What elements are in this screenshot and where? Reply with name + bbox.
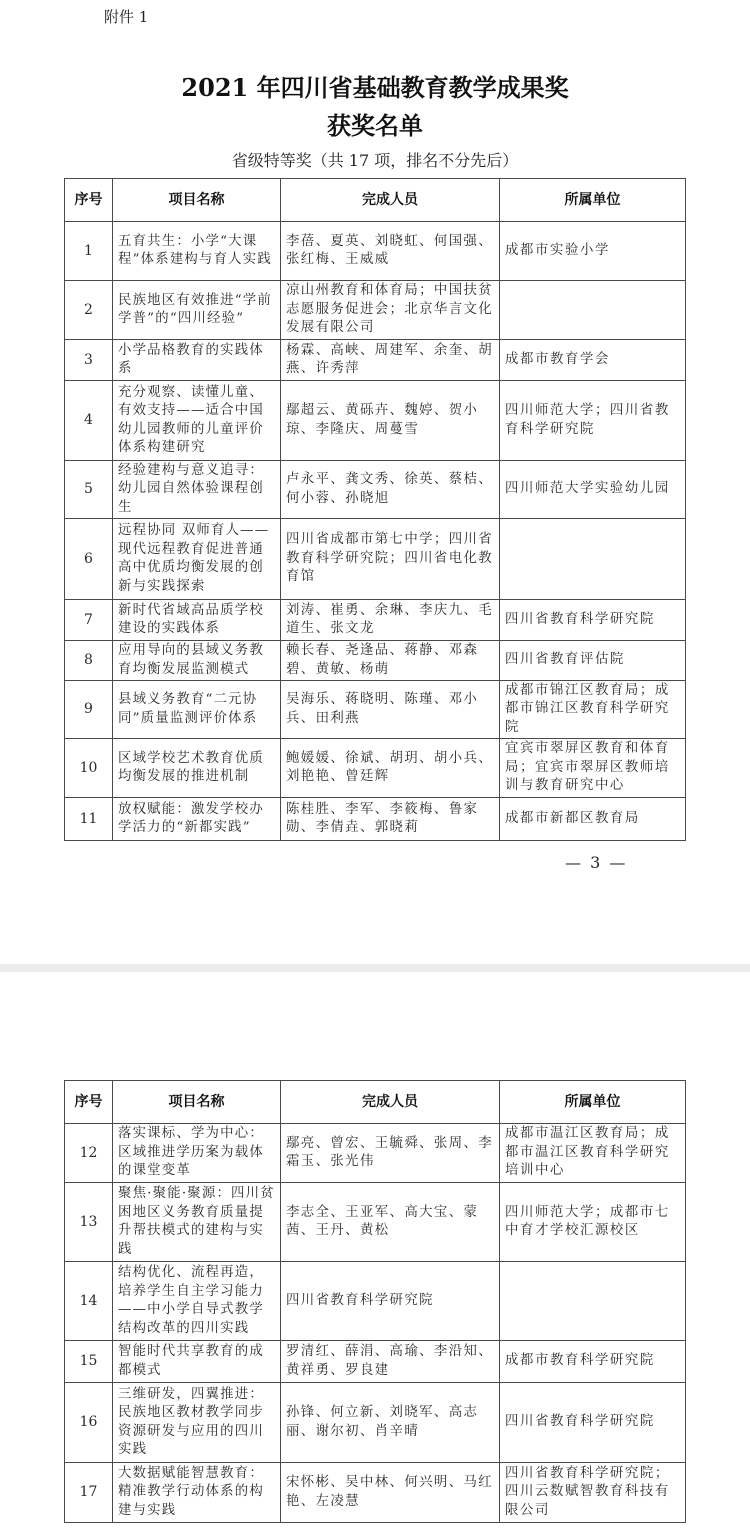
row-number-cell: 13 bbox=[65, 1183, 113, 1262]
award-table-page1: 序号 项目名称 完成人员 所属单位 1五育共生：小学“大课程”体系建构与育人实践… bbox=[64, 178, 686, 841]
row-number-cell: 17 bbox=[65, 1463, 113, 1523]
table-row: 16三维研发，四翼推进：民族地区教材教学同步资源研发与应用的四川实践孙锋、何立新… bbox=[65, 1383, 686, 1463]
members-cell: 李志全、王亚军、高大宝、蒙茜、王丹、黄松 bbox=[281, 1183, 500, 1262]
members-cell: 孙锋、何立新、刘晓军、高志丽、谢尔初、肖辛晴 bbox=[281, 1383, 500, 1463]
affiliated-unit-cell bbox=[500, 281, 686, 340]
project-name-cell: 经验建构与意义追寻：幼儿园自然体验课程创生 bbox=[113, 461, 281, 519]
row-number-cell: 3 bbox=[65, 340, 113, 381]
project-name-cell: 三维研发，四翼推进：民族地区教材教学同步资源研发与应用的四川实践 bbox=[113, 1383, 281, 1463]
document-title: 2021 年四川省基础教育教学成果奖 bbox=[0, 68, 750, 103]
members-cell: 四川省成都市第七中学；四川省教育科学研究院；四川省电化教育馆 bbox=[281, 519, 500, 600]
document-title-line2: 获奖名单 bbox=[0, 106, 750, 141]
project-name-cell: 远程协同 双师育人——现代远程教育促进普通高中优质均衡发展的创新与实践探索 bbox=[113, 519, 281, 600]
header-unit: 所属单位 bbox=[500, 1081, 686, 1124]
row-number-cell: 15 bbox=[65, 1341, 113, 1383]
members-cell: 陈桂胜、李军、李筱梅、鲁家勋、李倩垚、郭晓莉 bbox=[281, 798, 500, 841]
affiliated-unit-cell: 成都市温江区教育局；成都市温江区教育科学研究培训中心 bbox=[500, 1124, 686, 1183]
table-row: 10区域学校艺术教育优质均衡发展的推进机制鲍媛媛、徐斌、胡玥、胡小兵、刘艳艳、曾… bbox=[65, 739, 686, 798]
header-project-name: 项目名称 bbox=[113, 179, 281, 222]
row-number-cell: 9 bbox=[65, 681, 113, 739]
row-number-cell: 14 bbox=[65, 1262, 113, 1341]
row-number-cell: 4 bbox=[65, 381, 113, 461]
affiliated-unit-cell: 四川省教育科学研究院 bbox=[500, 1383, 686, 1463]
table-row: 6远程协同 双师育人——现代远程教育促进普通高中优质均衡发展的创新与实践探索四川… bbox=[65, 519, 686, 600]
project-name-cell: 新时代省域高品质学校建设的实践体系 bbox=[113, 600, 281, 641]
table-row: 4充分观察、读懂儿童、有效支持——适合中国幼儿园教师的儿童评价体系构建研究鄢超云… bbox=[65, 381, 686, 461]
project-name-cell: 五育共生：小学“大课程”体系建构与育人实践 bbox=[113, 222, 281, 281]
table-row: 17大数据赋能智慧教育：精准教学行动体系的构建与实践宋怀彬、吴中林、何兴明、马红… bbox=[65, 1463, 686, 1523]
row-number-cell: 12 bbox=[65, 1124, 113, 1183]
header-members: 完成人员 bbox=[281, 1081, 500, 1124]
row-number-cell: 8 bbox=[65, 641, 113, 681]
project-name-cell: 放权赋能：激发学校办学活力的“新都实践” bbox=[113, 798, 281, 841]
affiliated-unit-cell: 成都市锦江区教育局；成都市锦江区教育科学研究院 bbox=[500, 681, 686, 739]
attachment-label: 附件 1 bbox=[104, 6, 148, 27]
members-cell: 赖长春、尧逢品、蒋静、邓森碧、黄敏、杨萌 bbox=[281, 641, 500, 681]
members-cell: 鲍媛媛、徐斌、胡玥、胡小兵、刘艳艳、曾廷辉 bbox=[281, 739, 500, 798]
affiliated-unit-cell: 四川省教育评估院 bbox=[500, 641, 686, 681]
header-unit: 所属单位 bbox=[500, 179, 686, 222]
row-number-cell: 10 bbox=[65, 739, 113, 798]
members-cell: 鄢超云、黄砾卉、魏婷、贺小琼、李隆庆、周蔓雪 bbox=[281, 381, 500, 461]
row-number-cell: 2 bbox=[65, 281, 113, 340]
members-cell: 鄢亮、曾宏、王毓舜、张周、李霜玉、张光伟 bbox=[281, 1124, 500, 1183]
table-row: 5经验建构与意义追寻：幼儿园自然体验课程创生卢永平、龚文秀、徐英、蔡桔、何小蓉、… bbox=[65, 461, 686, 519]
affiliated-unit-cell: 四川省教育科学研究院；四川云数赋智教育科技有限公司 bbox=[500, 1463, 686, 1523]
members-cell: 罗清红、薛涓、高瑜、李沿知、黄祥勇、罗良建 bbox=[281, 1341, 500, 1383]
row-number-cell: 1 bbox=[65, 222, 113, 281]
table-header-row: 序号 项目名称 完成人员 所属单位 bbox=[65, 1081, 686, 1124]
project-name-cell: 区域学校艺术教育优质均衡发展的推进机制 bbox=[113, 739, 281, 798]
members-cell: 卢永平、龚文秀、徐英、蔡桔、何小蓉、孙晓旭 bbox=[281, 461, 500, 519]
project-name-cell: 结构优化、流程再造，培养学生自主学习能力——中小学自导式教学结构改革的四川实践 bbox=[113, 1262, 281, 1341]
row-number-cell: 6 bbox=[65, 519, 113, 600]
award-category-subtitle: 省级特等奖（共 17 项，排名不分先后） bbox=[0, 148, 750, 171]
table-row: 2民族地区有效推进“学前学普”的“四川经验”凉山州教育和体育局；中国扶贫志愿服务… bbox=[65, 281, 686, 340]
affiliated-unit-cell: 宜宾市翠屏区教育和体育局；宜宾市翠屏区教师培训与教育研究中心 bbox=[500, 739, 686, 798]
header-seq: 序号 bbox=[65, 1081, 113, 1124]
project-name-cell: 县域义务教育“二元协同”质量监测评价体系 bbox=[113, 681, 281, 739]
table-row: 15智能时代共享教育的成都模式罗清红、薛涓、高瑜、李沿知、黄祥勇、罗良建成都市教… bbox=[65, 1341, 686, 1383]
award-table-page2: 序号 项目名称 完成人员 所属单位 12落实课标、学为中心：区域推进学历案为载体… bbox=[64, 1080, 686, 1523]
project-name-cell: 落实课标、学为中心：区域推进学历案为载体的课堂变革 bbox=[113, 1124, 281, 1183]
affiliated-unit-cell: 四川省教育科学研究院 bbox=[500, 600, 686, 641]
project-name-cell: 应用导向的县域义务教育均衡发展监测模式 bbox=[113, 641, 281, 681]
table-row: 12落实课标、学为中心：区域推进学历案为载体的课堂变革鄢亮、曾宏、王毓舜、张周、… bbox=[65, 1124, 686, 1183]
table-row: 7新时代省域高品质学校建设的实践体系刘涛、崔勇、余琳、李庆九、毛道生、张文龙四川… bbox=[65, 600, 686, 641]
affiliated-unit-cell: 四川师范大学；四川省教育科学研究院 bbox=[500, 381, 686, 461]
affiliated-unit-cell: 四川师范大学；成都市七中育才学校汇源校区 bbox=[500, 1183, 686, 1262]
row-number-cell: 7 bbox=[65, 600, 113, 641]
affiliated-unit-cell bbox=[500, 1262, 686, 1341]
header-seq: 序号 bbox=[65, 179, 113, 222]
members-cell: 刘涛、崔勇、余琳、李庆九、毛道生、张文龙 bbox=[281, 600, 500, 641]
affiliated-unit-cell: 成都市新都区教育局 bbox=[500, 798, 686, 841]
project-name-cell: 大数据赋能智慧教育：精准教学行动体系的构建与实践 bbox=[113, 1463, 281, 1523]
table-row: 3小学品格教育的实践体系杨霖、高峡、周建军、余奎、胡燕、许秀萍成都市教育学会 bbox=[65, 340, 686, 381]
project-name-cell: 小学品格教育的实践体系 bbox=[113, 340, 281, 381]
members-cell: 吴海乐、蒋晓明、陈瑾、邓小兵、田利燕 bbox=[281, 681, 500, 739]
table-row: 14结构优化、流程再造，培养学生自主学习能力——中小学自导式教学结构改革的四川实… bbox=[65, 1262, 686, 1341]
table-row: 8应用导向的县域义务教育均衡发展监测模式赖长春、尧逢品、蒋静、邓森碧、黄敏、杨萌… bbox=[65, 641, 686, 681]
project-name-cell: 民族地区有效推进“学前学普”的“四川经验” bbox=[113, 281, 281, 340]
affiliated-unit-cell bbox=[500, 519, 686, 600]
page-separator bbox=[0, 964, 750, 972]
affiliated-unit-cell: 成都市实验小学 bbox=[500, 222, 686, 281]
members-cell: 四川省教育科学研究院 bbox=[281, 1262, 500, 1341]
table-row: 1五育共生：小学“大课程”体系建构与育人实践李蓓、夏英、刘晓虹、何国强、张红梅、… bbox=[65, 222, 686, 281]
page-number: — 3 — bbox=[565, 853, 627, 872]
project-name-cell: 聚焦·聚能·聚源：四川贫困地区义务教育质量提升帮扶模式的建构与实践 bbox=[113, 1183, 281, 1262]
members-cell: 凉山州教育和体育局；中国扶贫志愿服务促进会；北京华言文化发展有限公司 bbox=[281, 281, 500, 340]
affiliated-unit-cell: 成都市教育科学研究院 bbox=[500, 1341, 686, 1383]
affiliated-unit-cell: 成都市教育学会 bbox=[500, 340, 686, 381]
project-name-cell: 智能时代共享教育的成都模式 bbox=[113, 1341, 281, 1383]
project-name-cell: 充分观察、读懂儿童、有效支持——适合中国幼儿园教师的儿童评价体系构建研究 bbox=[113, 381, 281, 461]
table-row: 13聚焦·聚能·聚源：四川贫困地区义务教育质量提升帮扶模式的建构与实践李志全、王… bbox=[65, 1183, 686, 1262]
row-number-cell: 16 bbox=[65, 1383, 113, 1463]
header-project-name: 项目名称 bbox=[113, 1081, 281, 1124]
affiliated-unit-cell: 四川师范大学实验幼儿园 bbox=[500, 461, 686, 519]
header-members: 完成人员 bbox=[281, 179, 500, 222]
table-row: 9县域义务教育“二元协同”质量监测评价体系吴海乐、蒋晓明、陈瑾、邓小兵、田利燕成… bbox=[65, 681, 686, 739]
members-cell: 李蓓、夏英、刘晓虹、何国强、张红梅、王威威 bbox=[281, 222, 500, 281]
row-number-cell: 11 bbox=[65, 798, 113, 841]
table-row: 11放权赋能：激发学校办学活力的“新都实践”陈桂胜、李军、李筱梅、鲁家勋、李倩垚… bbox=[65, 798, 686, 841]
members-cell: 宋怀彬、吴中林、何兴明、马红艳、左凌慧 bbox=[281, 1463, 500, 1523]
table-header-row: 序号 项目名称 完成人员 所属单位 bbox=[65, 179, 686, 222]
row-number-cell: 5 bbox=[65, 461, 113, 519]
members-cell: 杨霖、高峡、周建军、余奎、胡燕、许秀萍 bbox=[281, 340, 500, 381]
